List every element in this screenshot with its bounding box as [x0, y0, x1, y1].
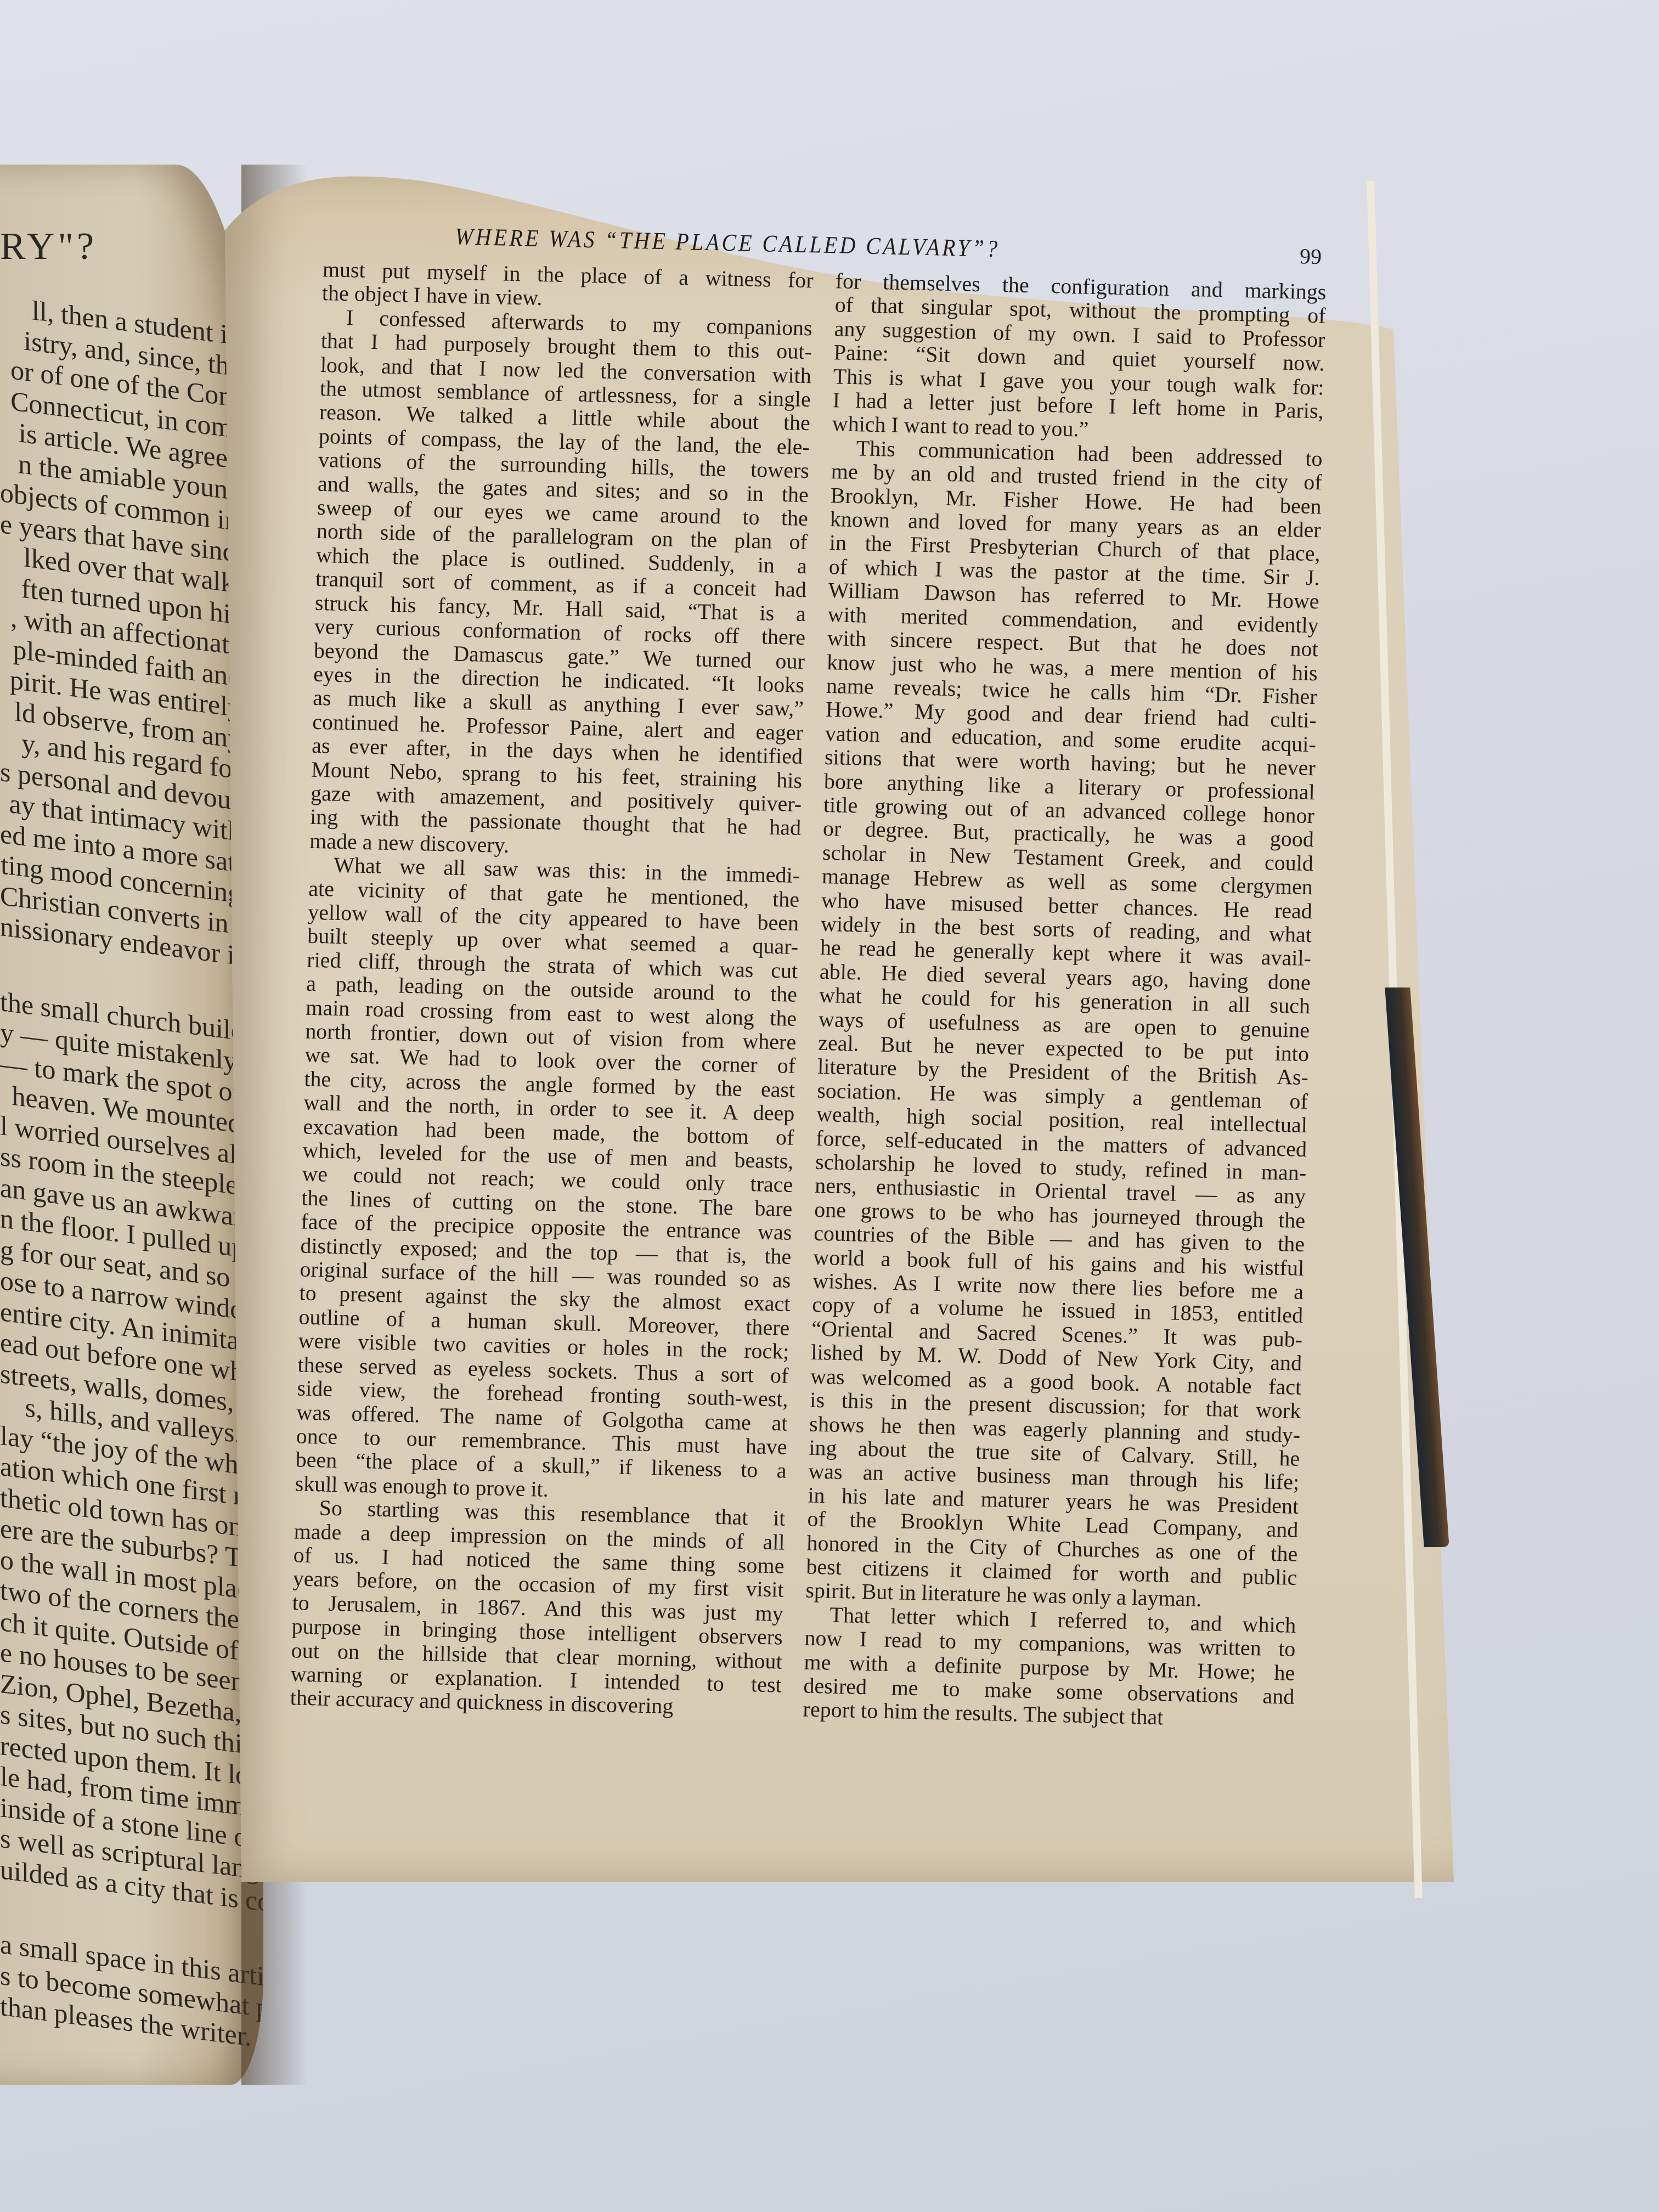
left-column: must put myself in the place of a witnes…: [290, 257, 814, 1720]
page-number: 99: [1299, 243, 1322, 269]
left-page-heading-fragment: RY"?: [0, 225, 97, 269]
paragraph: for themselves the configuration and mar…: [832, 269, 1327, 447]
right-page-content: WHERE WAS “THE PLACE CALLED CALVARY”? 99…: [290, 219, 1327, 1733]
text-columns: must put myself in the place of a witnes…: [290, 257, 1327, 1733]
paragraph: So startling was this resemblance that i…: [290, 1496, 786, 1721]
paragraph: That letter which I referred to, and whi…: [803, 1602, 1296, 1732]
left-page: RY"? ll, then a student inistry, and, si…: [0, 165, 263, 2085]
paragraph: What we all saw was this: in the immedi-…: [295, 853, 800, 1506]
paragraph: This communication had been addressed to…: [805, 436, 1323, 1613]
left-page-text: ll, then a student inistry, and, since, …: [0, 291, 241, 2051]
running-title: WHERE WAS “THE PLACE CALLED CALVARY”?: [455, 222, 1000, 263]
photo-scene: RY"? ll, then a student inistry, and, si…: [0, 0, 1659, 2212]
right-column: for themselves the configuration and mar…: [803, 269, 1327, 1732]
paragraph: I confessed afterwards to my companionst…: [309, 305, 812, 864]
